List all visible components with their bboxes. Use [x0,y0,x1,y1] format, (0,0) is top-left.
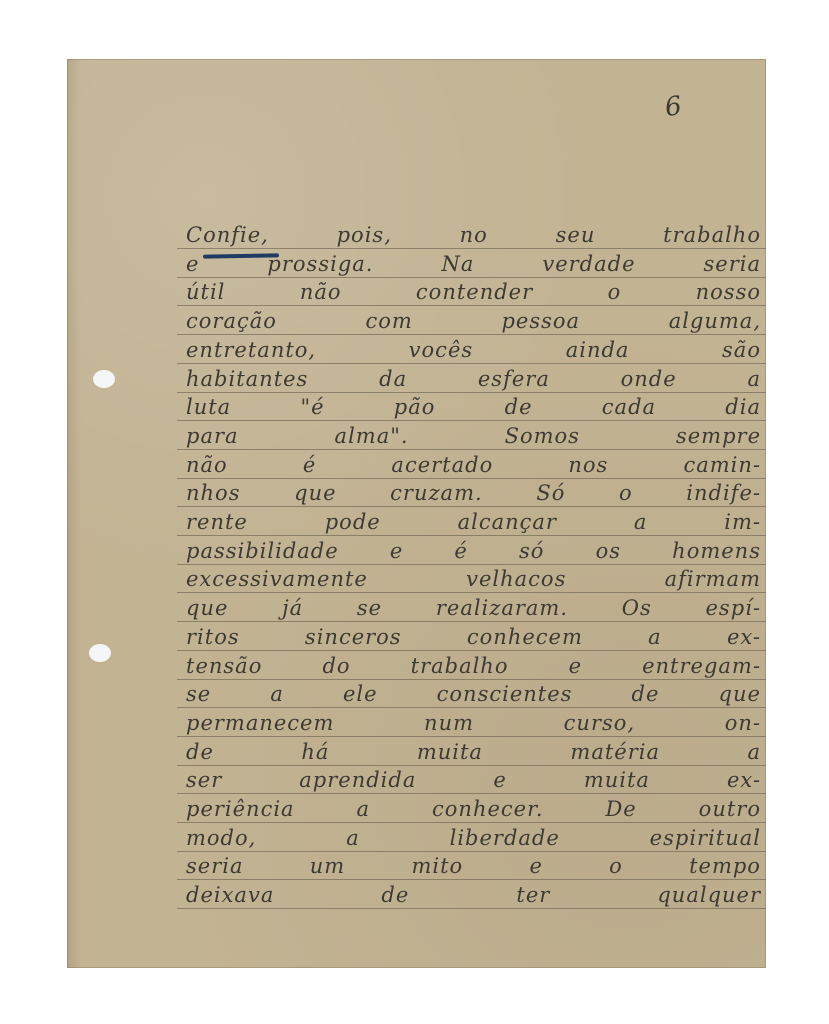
word: Confie, [186,223,269,247]
word: periência [186,797,295,821]
word: e [390,539,403,563]
word: De [605,797,636,821]
word: excessivamente [186,567,368,591]
word: luta [186,395,231,419]
text-line: seraprendidaemuitaex- [186,764,761,792]
word: liberdade [450,826,560,850]
word: ritos [186,625,240,649]
word: coração [186,309,277,333]
word: pão [394,395,436,419]
word: a [357,797,371,821]
word: acertado [391,453,493,477]
text-line: seriaummitoeotempo [186,850,761,878]
word: com [366,309,413,333]
word: conhecer. [432,797,543,821]
word: há [301,740,329,764]
word: que [719,682,761,706]
word: a [270,682,284,706]
text-line: útilnãocontenderonosso [186,276,761,304]
word: cruzam. [390,481,483,505]
word: espí- [705,596,760,620]
word: homens [672,539,761,563]
word: pode [325,510,381,534]
word: trabalho [663,223,761,247]
word: on- [725,711,761,735]
word: ex- [727,768,761,792]
word: não [186,453,228,477]
word: matéria [570,740,660,764]
word: útil [186,280,225,304]
word: e [529,854,542,878]
text-line: quejáserealizaram.Osespí- [186,592,761,620]
word: a [634,510,648,534]
word: alma". [335,424,409,448]
word: não [300,280,342,304]
word: contender [416,280,533,304]
word: deixava [186,883,274,907]
word: para [186,424,239,448]
word: cada [602,395,656,419]
word: trabalho [411,654,509,678]
word: ser [186,768,222,792]
word: é [454,539,467,563]
word: velhacos [466,567,566,591]
word: outro [699,797,761,821]
word: um [310,854,345,878]
word: pessoa [501,309,580,333]
text-line: nhosquecruzam.Sóoindife- [186,477,761,505]
word: o [608,280,622,304]
word: muita [584,768,650,792]
word: realizaram. [436,596,568,620]
word: afirmam [665,567,761,591]
word: ter [516,883,550,907]
word: entregam- [642,654,761,678]
word: esfera [478,367,550,391]
word: se [186,682,211,706]
word: e [569,654,582,678]
word: que [186,596,228,620]
text-line: modo,aliberdadeespiritual [186,822,761,850]
word: verdade [542,252,635,276]
text-line: habitantesdaesferaondea [186,363,761,391]
word: Somos [505,424,580,448]
word: Só [536,481,565,505]
ruled-line [177,908,766,909]
word: prossiga. [267,252,373,276]
word: de [632,682,660,706]
word: rente [186,510,248,534]
word: tempo [689,854,761,878]
word: é [303,453,316,477]
text-line: nãoéacertadonoscamin- [186,449,761,477]
word: vocês [409,338,473,362]
word: seria [186,854,243,878]
word: o [619,481,633,505]
punch-hole-top [93,370,115,388]
word: sinceros [305,625,402,649]
word: do [322,654,350,678]
word: só [519,539,544,563]
text-line: entretanto,vocêsaindasão [186,334,761,362]
word: seu [556,223,596,247]
word: sempre [676,424,761,448]
word: tensão [186,654,262,678]
word: passibilidade [186,539,339,563]
text-line: paraalma".Somossempre [186,420,761,448]
word: curso, [564,711,635,735]
word: são [722,338,761,362]
word: alcançar [458,510,557,534]
text-line: ritossincerosconhecemaex- [186,621,761,649]
text-line: luta"épãodecadadia [186,391,761,419]
word: aprendida [299,768,416,792]
text-line: coraçãocompessoaalguma, [186,305,761,333]
text-line: deixavadeterqualquer [186,879,761,907]
word: de [381,883,409,907]
word: conscientes [437,682,573,706]
word: ainda [566,338,630,362]
word: ele [343,682,378,706]
word: Na [441,252,474,276]
word: nhos [186,481,240,505]
word: se [357,596,382,620]
word: de [186,740,214,764]
word: onde [621,367,677,391]
word: modo, [186,826,256,850]
word: permanecem [186,711,334,735]
word: nos [568,453,608,477]
word: e [493,768,506,792]
word: ex- [727,625,761,649]
text-line: periênciaaconhecer.Deoutro [186,793,761,821]
text-line: permanecemnumcurso,on- [186,707,761,735]
word: num [424,711,474,735]
word: entretanto, [186,338,316,362]
word: camin- [683,453,761,477]
word: nosso [696,280,761,304]
word: a [648,625,662,649]
word: e [186,252,199,276]
word: qualquer [657,883,761,907]
word: no [460,223,488,247]
text-line: passibilidadeeésóoshomens [186,535,761,563]
text-line: Confie,pois,noseutrabalho [186,219,761,247]
word: a [747,367,761,391]
word: da [379,367,407,391]
word: a [747,740,761,764]
word: a [346,826,360,850]
text-line: excessivamentevelhacosafirmam [186,563,761,591]
text-line: tensãodotrabalhoeentregam- [186,650,761,678]
word: habitantes [186,367,308,391]
word: o [609,854,623,878]
text-line: eprossiga.Naverdadeseria [186,248,761,276]
word: dia [725,395,761,419]
word: im- [724,510,761,534]
word: de [505,395,533,419]
text-line: dehámuitamatériaa [186,736,761,764]
word: Os [622,596,652,620]
word: muita [417,740,483,764]
word: mito [411,854,463,878]
word: "é [300,395,324,419]
word: já [282,596,303,620]
text-line: seaeleconscientesdeque [186,678,761,706]
word: conhecem [467,625,583,649]
word: seria [704,252,761,276]
word: que [294,481,336,505]
word: pois, [337,223,392,247]
word: indife- [686,481,761,505]
word: os [596,539,621,563]
word: alguma, [669,309,761,333]
word: espiritual [650,826,761,850]
punch-hole-bottom [89,644,111,662]
text-line: rentepodealcançaraim- [186,506,761,534]
